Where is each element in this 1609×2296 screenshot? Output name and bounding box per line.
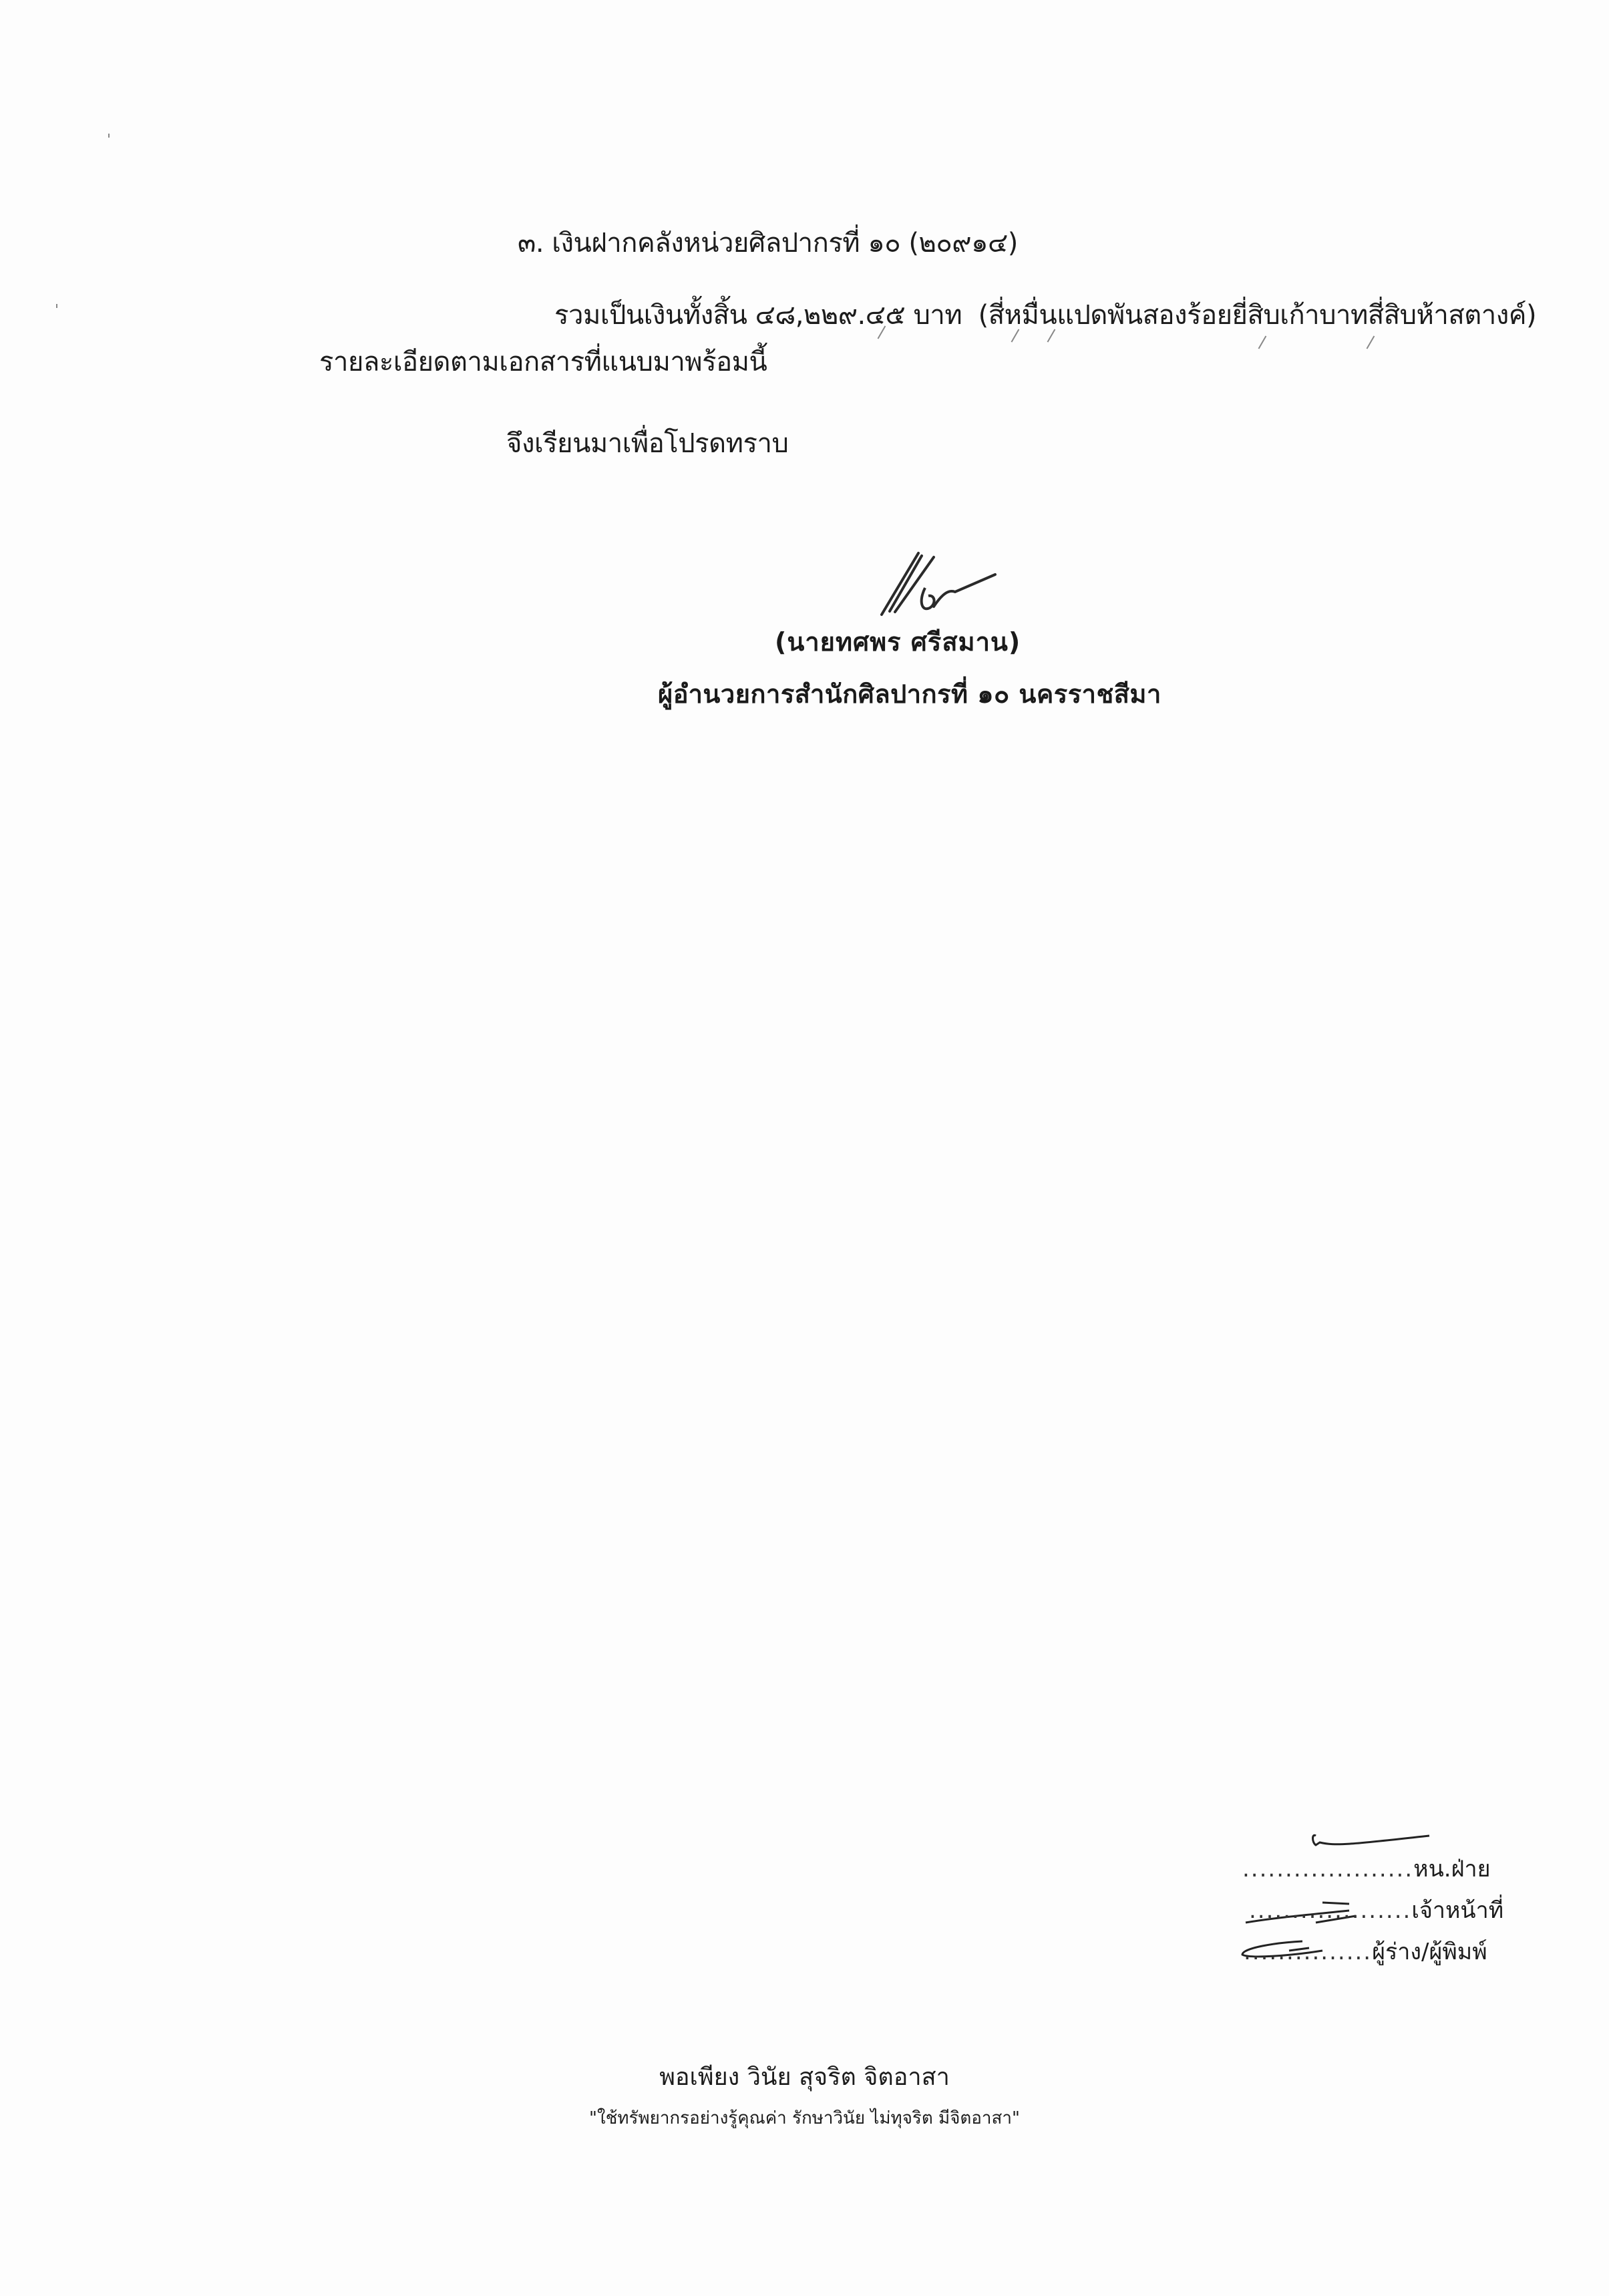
- signature-dots: ...............: [1244, 1939, 1372, 1965]
- total-amount: ๔๘,๒๒๙.๔๕: [755, 300, 906, 331]
- check-mark-icon: [1258, 335, 1275, 353]
- signer-name: (นายทศพร ศรีสมาน): [775, 621, 1021, 662]
- approval-drafter-typist: ...............ผู้ร่าง/ผู้พิมพ์: [1244, 1933, 1487, 1969]
- total-amount-line: รวมเป็นเงินทั้งสิ้น ๔๘,๒๒๙.๔๕ บาท (สี่หม…: [554, 299, 1536, 331]
- signature-dots: ...................: [1249, 1897, 1411, 1924]
- check-mark-icon: [1367, 335, 1383, 353]
- document-page: ๓. เงินฝากคลังหน่วยศิลปากรที่ ๑๐ (๒๐๙๑๔)…: [0, 0, 1609, 2296]
- check-mark-icon: [1047, 329, 1064, 347]
- approval-officer: ...................เจ้าหน้าที่: [1249, 1892, 1503, 1928]
- approval-label: ผู้ร่าง/ผู้พิมพ์: [1372, 1939, 1487, 1965]
- approval-label: เจ้าหน้าที่: [1411, 1897, 1503, 1924]
- scan-speck: [108, 134, 110, 138]
- total-amount-in-words: (สี่หมื่นแปดพันสองร้อยยี่สิบเก้าบาทสี่สิ…: [978, 300, 1536, 331]
- approval-head-of-section: ....................หน.ฝ่าย: [1242, 1850, 1491, 1887]
- handwritten-signature-icon: [855, 548, 1009, 621]
- signer-title: ผู้อำนวยการสำนักศิลปากรที่ ๑๐ นครราชสีมา: [658, 673, 1161, 714]
- closing-line: จึงเรียนมาเพื่อโปรดทราบ: [506, 428, 788, 460]
- item-3-deposit-line: ๓. เงินฝากคลังหน่วยศิลปากรที่ ๑๐ (๒๐๙๑๔): [518, 227, 1018, 259]
- total-unit: บาท: [914, 300, 962, 331]
- footer-slogan: "ใช้ทรัพยากรอย่างรู้คุณค่า รักษาวินัย ไม…: [0, 2104, 1609, 2132]
- signature-dots: ....................: [1242, 1856, 1413, 1882]
- attachment-detail-line: รายละเอียดตามเอกสารที่แนบมาพร้อมนี้: [319, 346, 767, 378]
- check-mark-icon: [1011, 329, 1028, 347]
- approval-label: หน.ฝ่าย: [1413, 1856, 1490, 1882]
- total-prefix: รวมเป็นเงินทั้งสิ้น: [554, 300, 747, 331]
- footer-motto: พอเพียง วินัย สุจริต จิตอาสา: [0, 2058, 1609, 2096]
- scan-speck: [56, 304, 57, 308]
